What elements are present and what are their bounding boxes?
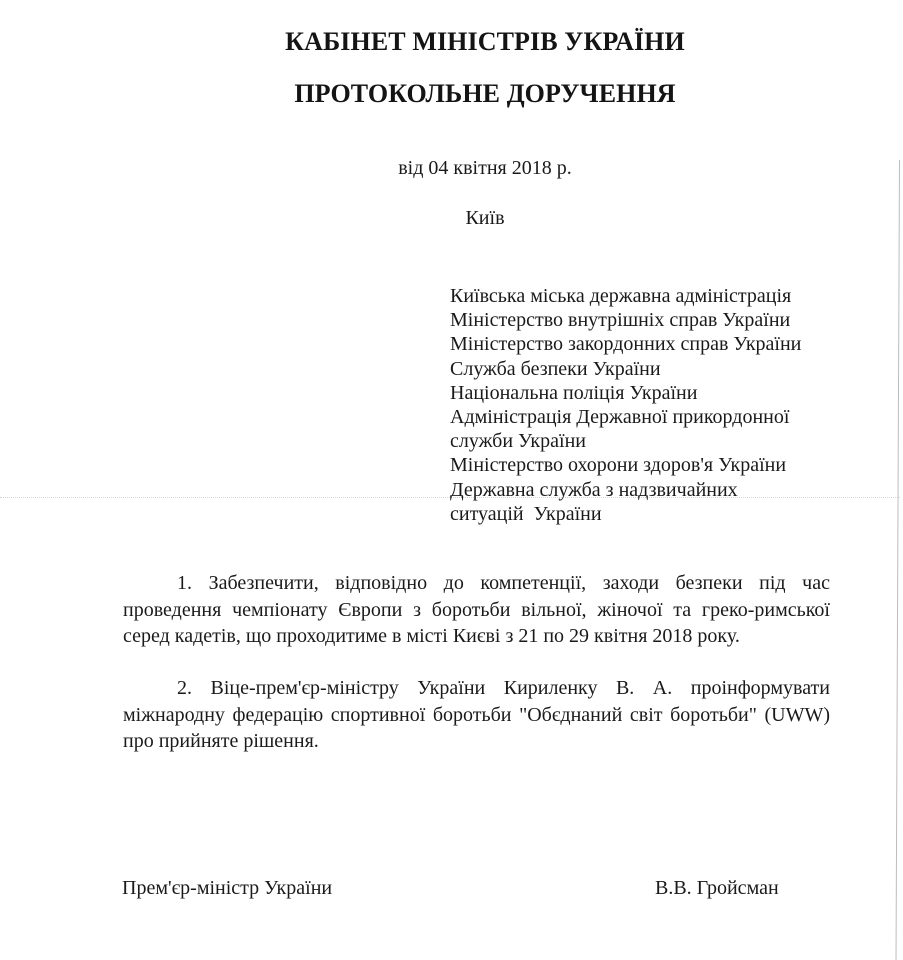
addressee-item: Міністерство закордонних справ України	[450, 332, 801, 356]
addressee-item: служби України	[450, 429, 801, 453]
document-date: від 04 квітня 2018 р.	[0, 157, 903, 180]
addressee-item: Національна поліція України	[450, 381, 801, 405]
document-type-heading: ПРОТОКОЛЬНЕ ДОРУЧЕННЯ	[0, 79, 903, 109]
addressee-item: Міністерство внутрішніх справ України	[450, 308, 801, 332]
instruction-item-1: 1. Забезпечити, відповідно до компетенці…	[123, 570, 830, 650]
addressee-item: Служба безпеки України	[450, 357, 801, 381]
issuer-heading: КАБІНЕТ МІНІСТРІВ УКРАЇНИ	[0, 27, 903, 57]
signatory-position: Прем'єр-міністр України	[122, 877, 332, 900]
addressee-list: Київська міська державна адміністрація М…	[450, 284, 801, 526]
addressee-item: Київська міська державна адміністрація	[450, 284, 801, 308]
scan-artifact-vertical-line	[896, 160, 900, 960]
addressee-item: Адміністрація Державної прикордонної	[450, 405, 801, 429]
document-city: Київ	[0, 207, 903, 230]
document-page: КАБІНЕТ МІНІСТРІВ УКРАЇНИ ПРОТОКОЛЬНЕ ДО…	[0, 0, 903, 960]
addressee-item: ситуацій України	[450, 502, 801, 526]
addressee-item: Державна служба з надзвичайних	[450, 478, 801, 502]
addressee-item: Міністерство охорони здоров'я України	[450, 453, 801, 477]
instruction-item-2: 2. Віце-прем'єр-міністру України Кирилен…	[123, 675, 830, 755]
signatory-name: В.В. Гройсман	[655, 877, 779, 900]
